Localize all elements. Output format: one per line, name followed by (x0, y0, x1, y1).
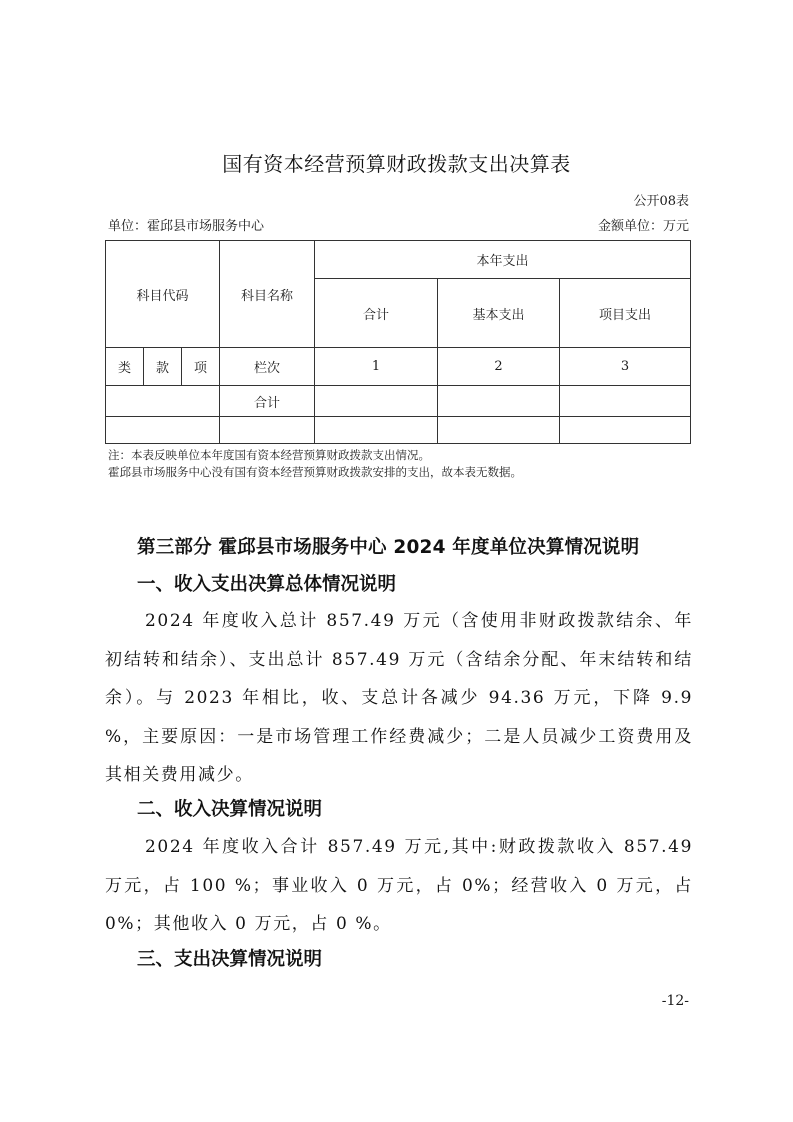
section-heading-2: 二、收入决算情况说明 (137, 795, 322, 821)
index-row: 类 款 项 栏次 1 2 3 (106, 348, 691, 386)
index-class: 类 (106, 348, 144, 386)
table-row: 合计 (106, 386, 691, 417)
row-project (560, 417, 691, 444)
row-basic (438, 386, 560, 417)
row-code (106, 386, 220, 417)
row-code (106, 417, 220, 444)
header-subject-code: 科目代码 (106, 241, 220, 348)
page-number: -12- (662, 993, 689, 1009)
unit-label: 单位：霍邱县市场服务中心 (108, 215, 264, 234)
part-heading: 第三部分 霍邱县市场服务中心 2024 年度单位决算情况说明 (137, 533, 639, 559)
header-project-expense: 项目支出 (560, 279, 691, 348)
index-column-label: 栏次 (220, 348, 315, 386)
table-row (106, 417, 691, 444)
form-number: 公开08表 (633, 190, 689, 209)
row-total (315, 386, 438, 417)
section-heading-1: 一、收入支出决算总体情况说明 (137, 570, 396, 596)
section-paragraph-2: 2024 年度收入合计 857.49 万元,其中:财政拨款收入 857.49 万… (105, 828, 693, 944)
expense-table: 科目代码 科目名称 本年支出 合计 基本支出 项目支出 类 款 项 栏次 1 2… (105, 240, 691, 444)
section-heading-3: 三、支出决算情况说明 (137, 945, 322, 971)
header-total: 合计 (315, 279, 438, 348)
row-basic (438, 417, 560, 444)
header-current-year-expense: 本年支出 (315, 241, 691, 279)
row-project (560, 386, 691, 417)
index-col2: 2 (438, 348, 560, 386)
header-basic-expense: 基本支出 (438, 279, 560, 348)
row-name: 合计 (220, 386, 315, 417)
table-title: 国有资本经营预算财政拨款支出决算表 (0, 148, 793, 177)
section-paragraph-1: 2024 年度收入总计 857.49 万元（含使用非财政拨款结余、年初结转和结余… (105, 602, 693, 795)
table-note-2: 霍邱县市场服务中心没有国有资本经营预算财政拨款安排的支出，故本表无数据。 (108, 464, 522, 480)
index-col3: 3 (560, 348, 691, 386)
header-subject-name: 科目名称 (220, 241, 315, 348)
money-unit-label: 金额单位：万元 (598, 215, 689, 234)
row-total (315, 417, 438, 444)
index-section: 款 (144, 348, 182, 386)
index-item: 项 (182, 348, 220, 386)
index-col1: 1 (315, 348, 438, 386)
table-note-1: 注：本表反映单位本年度国有资本经营预算财政拨款支出情况。 (108, 447, 430, 463)
row-name (220, 417, 315, 444)
